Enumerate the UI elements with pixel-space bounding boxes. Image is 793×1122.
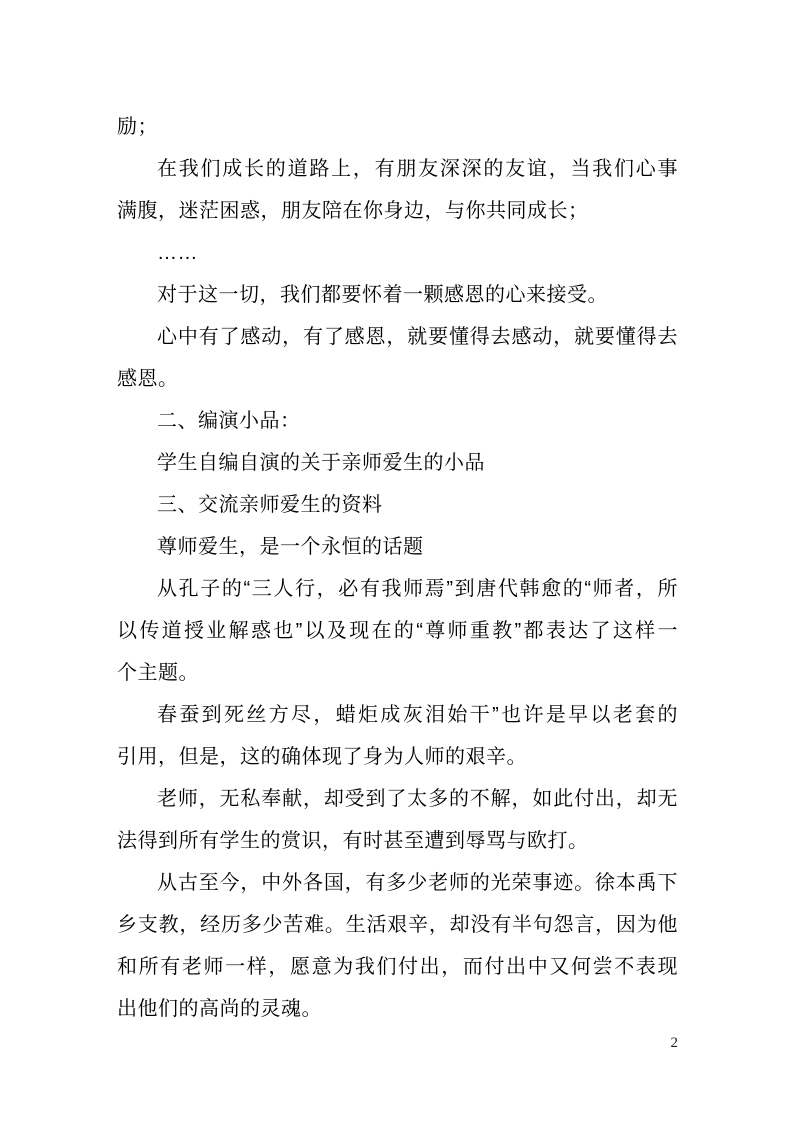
text-line: 从孔子的“三人行，必有我师焉”到唐代韩愈的“师者，所 <box>117 568 678 610</box>
page-body: 励；在我们成长的道路上，有朋友深深的友谊，当我们心事满腹，迷茫困惑，朋友陪在你身… <box>117 106 678 1030</box>
text-line: …… <box>117 232 678 274</box>
page-number: 2 <box>671 1035 679 1051</box>
paragraph: 春蚕到死丝方尽，蜡炬成灰泪始干”也许是早以老套的引用，但是，这的确体现了身为人师… <box>117 694 678 778</box>
paragraph: 尊师爱生，是一个永恒的话题 <box>117 526 678 568</box>
text-line: 二、编演小品： <box>117 400 678 442</box>
text-line: 在我们成长的道路上，有朋友深深的友谊，当我们心事 <box>117 148 678 190</box>
paragraph: …… <box>117 232 678 274</box>
text-line: 和所有老师一样，愿意为我们付出，而付出中又何尝不表现 <box>117 946 678 988</box>
text-line: 出他们的高尚的灵魂。 <box>117 988 678 1030</box>
text-line: 个主题。 <box>117 652 678 694</box>
text-line: 三、交流亲师爱生的资料 <box>117 484 678 526</box>
page-footer: 2 <box>117 1033 678 1053</box>
text-line: 满腹，迷茫困惑，朋友陪在你身边，与你共同成长； <box>117 190 678 232</box>
document-page: 励；在我们成长的道路上，有朋友深深的友谊，当我们心事满腹，迷茫困惑，朋友陪在你身… <box>0 0 793 1122</box>
text-line: 老师，无私奉献，却受到了太多的不解，如此付出，却无 <box>117 778 678 820</box>
paragraph: 老师，无私奉献，却受到了太多的不解，如此付出，却无法得到所有学生的赏识，有时甚至… <box>117 778 678 862</box>
paragraph: 励； <box>117 106 678 148</box>
text-line: 心中有了感动，有了感恩，就要懂得去感动，就要懂得去 <box>117 316 678 358</box>
text-line: 励； <box>117 106 678 148</box>
paragraph: 在我们成长的道路上，有朋友深深的友谊，当我们心事满腹，迷茫困惑，朋友陪在你身边，… <box>117 148 678 232</box>
paragraph: 从孔子的“三人行，必有我师焉”到唐代韩愈的“师者，所以传道授业解惑也”以及现在的… <box>117 568 678 694</box>
text-line: 对于这一切，我们都要怀着一颗感恩的心来接受。 <box>117 274 678 316</box>
text-line: 乡支教，经历多少苦难。生活艰辛，却没有半句怨言，因为他 <box>117 904 678 946</box>
text-line: 学生自编自演的关于亲师爱生的小品 <box>117 442 678 484</box>
paragraph: 从古至今，中外各国，有多少老师的光荣事迹。徐本禹下乡支教，经历多少苦难。生活艰辛… <box>117 862 678 1030</box>
paragraph: 学生自编自演的关于亲师爱生的小品 <box>117 442 678 484</box>
text-line: 从古至今，中外各国，有多少老师的光荣事迹。徐本禹下 <box>117 862 678 904</box>
text-line: 春蚕到死丝方尽，蜡炬成灰泪始干”也许是早以老套的 <box>117 694 678 736</box>
paragraph: 三、交流亲师爱生的资料 <box>117 484 678 526</box>
text-line: 法得到所有学生的赏识，有时甚至遭到辱骂与欧打。 <box>117 820 678 862</box>
text-line: 引用，但是，这的确体现了身为人师的艰辛。 <box>117 736 678 778</box>
text-line: 以传道授业解惑也”以及现在的“尊师重教”都表达了这样一 <box>117 610 678 652</box>
paragraph: 二、编演小品： <box>117 400 678 442</box>
text-line: 尊师爱生，是一个永恒的话题 <box>117 526 678 568</box>
paragraph: 对于这一切，我们都要怀着一颗感恩的心来接受。 <box>117 274 678 316</box>
text-line: 感恩。 <box>117 358 678 400</box>
paragraph: 心中有了感动，有了感恩，就要懂得去感动，就要懂得去感恩。 <box>117 316 678 400</box>
